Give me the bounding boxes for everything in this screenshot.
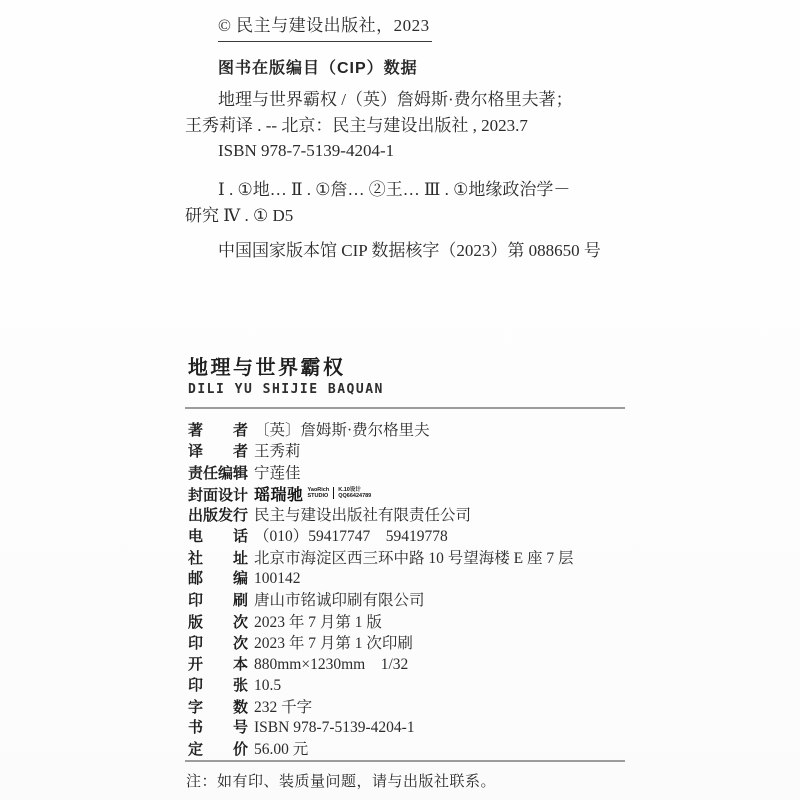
book-title-pinyin: DILI YU SHIJIE BAQUAN xyxy=(188,382,384,397)
table-row-cover-design: 封面设计 瑶瑞驰 YaoRich STUDIO K.10设计 QQ6642478… xyxy=(188,482,708,503)
row-value: 〔英〕詹姆斯·费尔格里夫 xyxy=(254,418,430,440)
row-value: 2023 年 7 月第 1 版 xyxy=(254,610,382,632)
cip-registration-line: 中国国家版本馆 CIP 数据核字（2023）第 088650 号 xyxy=(218,236,601,261)
row-value: 民主与建设出版社有限责任公司 xyxy=(254,503,471,525)
cip-record-line: ISBN 978-7-5139-4204-1 xyxy=(185,138,635,164)
copyright-line: © 民主与建设出版社，2023 xyxy=(218,11,432,42)
row-label: 社 址 xyxy=(188,547,250,568)
row-value: 王秀莉 xyxy=(254,439,301,461)
logo-studio-bottom: STUDIO xyxy=(308,493,330,499)
logo-studio-stack: YaoRich STUDIO xyxy=(308,487,330,499)
logo-divider xyxy=(333,487,334,499)
table-row: 书 号 ISBN 978-7-5139-4204-1 xyxy=(188,716,708,737)
table-row: 印 次 2023 年 7 月第 1 次印刷 xyxy=(188,631,708,652)
row-label: 电 话 xyxy=(188,525,250,546)
table-row: 邮 编 100142 xyxy=(188,567,708,588)
table-row: 字 数 232 千字 xyxy=(188,695,708,716)
cip-heading: 图书在版编目（CIP）数据 xyxy=(218,55,418,78)
row-label: 版 次 xyxy=(188,611,250,632)
logo-design-bottom: QQ66424789 xyxy=(338,493,371,499)
row-value: 56.00 元 xyxy=(254,737,308,759)
row-label: 责任编辑 xyxy=(188,462,250,483)
quality-note: 注：如有印、装质量问题，请与出版社联系。 xyxy=(186,770,496,791)
row-label: 印 张 xyxy=(188,674,250,695)
table-row: 定 价 56.00 元 xyxy=(188,737,708,758)
table-row: 著 者 〔英〕詹姆斯·费尔格里夫 xyxy=(188,418,708,439)
row-label: 著 者 xyxy=(188,419,250,440)
row-label: 出版发行 xyxy=(188,504,250,525)
table-row: 译 者 王秀莉 xyxy=(188,439,708,460)
cover-design-studio-logo: 瑶瑞驰 YaoRich STUDIO K.10设计 QQ66424789 xyxy=(254,482,371,505)
table-row: 版 次 2023 年 7 月第 1 版 xyxy=(188,610,708,631)
cip-classification-line: Ⅰ . ①地… Ⅱ . ①詹… ②王… Ⅲ . ①地缘政治学－ xyxy=(185,177,635,203)
row-label: 邮 编 xyxy=(188,567,250,588)
row-label: 印 次 xyxy=(188,632,250,653)
row-value: 100142 xyxy=(254,570,301,588)
row-label: 字 数 xyxy=(188,696,250,717)
title-divider-rule xyxy=(185,407,625,409)
row-label: 书 号 xyxy=(188,716,250,737)
row-value: ISBN 978-7-5139-4204-1 xyxy=(254,719,415,737)
row-label: 译 者 xyxy=(188,440,250,461)
row-value: 880mm×1230mm 1/32 xyxy=(254,652,408,674)
table-row: 印 刷 唐山市铭诚印刷有限公司 xyxy=(188,588,708,609)
row-value: （010）59417747 59419778 xyxy=(254,524,448,546)
cip-classification-line: 研究 Ⅳ . ① D5 xyxy=(185,203,635,229)
row-label: 开 本 xyxy=(188,653,250,674)
row-label: 定 价 xyxy=(188,738,250,759)
table-row: 印 张 10.5 xyxy=(188,674,708,695)
bottom-divider-rule xyxy=(185,760,625,762)
table-row: 社 址 北京市海淀区西三环中路 10 号望海楼 E 座 7 层 xyxy=(188,546,708,567)
table-row: 开 本 880mm×1230mm 1/32 xyxy=(188,652,708,673)
cip-classification-paragraph: Ⅰ . ①地… Ⅱ . ①詹… ②王… Ⅲ . ①地缘政治学－ 研究 Ⅳ . ①… xyxy=(185,177,635,228)
colophon-page: © 民主与建设出版社，2023 图书在版编目（CIP）数据 地理与世界霸权 /（… xyxy=(0,0,800,800)
book-title: 地理与世界霸权 xyxy=(188,351,346,380)
table-row: 责任编辑 宁莲佳 xyxy=(188,461,708,482)
cip-record-line: 王秀莉译 . -- 北京：民主与建设出版社 , 2023.7 xyxy=(185,113,635,139)
publication-info-table: 著 者 〔英〕詹姆斯·费尔格里夫 译 者 王秀莉 责任编辑 宁莲佳 封面设计 瑶… xyxy=(188,418,708,759)
row-label: 印 刷 xyxy=(188,589,250,610)
logo-design-stack: K.10设计 QQ66424789 xyxy=(338,487,371,499)
table-row: 出版发行 民主与建设出版社有限责任公司 xyxy=(188,503,708,524)
row-label: 封面设计 xyxy=(188,484,250,505)
cip-record-paragraph: 地理与世界霸权 /（英）詹姆斯·费尔格里夫著； 王秀莉译 . -- 北京：民主与… xyxy=(185,87,635,164)
row-value: 北京市海淀区西三环中路 10 号望海楼 E 座 7 层 xyxy=(254,546,573,568)
row-value: 232 千字 xyxy=(254,695,312,717)
row-value: 2023 年 7 月第 1 次印刷 xyxy=(254,631,413,653)
cip-record-line: 地理与世界霸权 /（英）詹姆斯·费尔格里夫著； xyxy=(185,87,635,113)
row-value: 10.5 xyxy=(254,677,281,695)
table-row: 电 话 （010）59417747 59419778 xyxy=(188,524,708,545)
row-value: 宁莲佳 xyxy=(254,461,301,483)
logo-brand-text: 瑶瑞驰 xyxy=(254,482,304,505)
row-value: 唐山市铭诚印刷有限公司 xyxy=(254,588,425,610)
